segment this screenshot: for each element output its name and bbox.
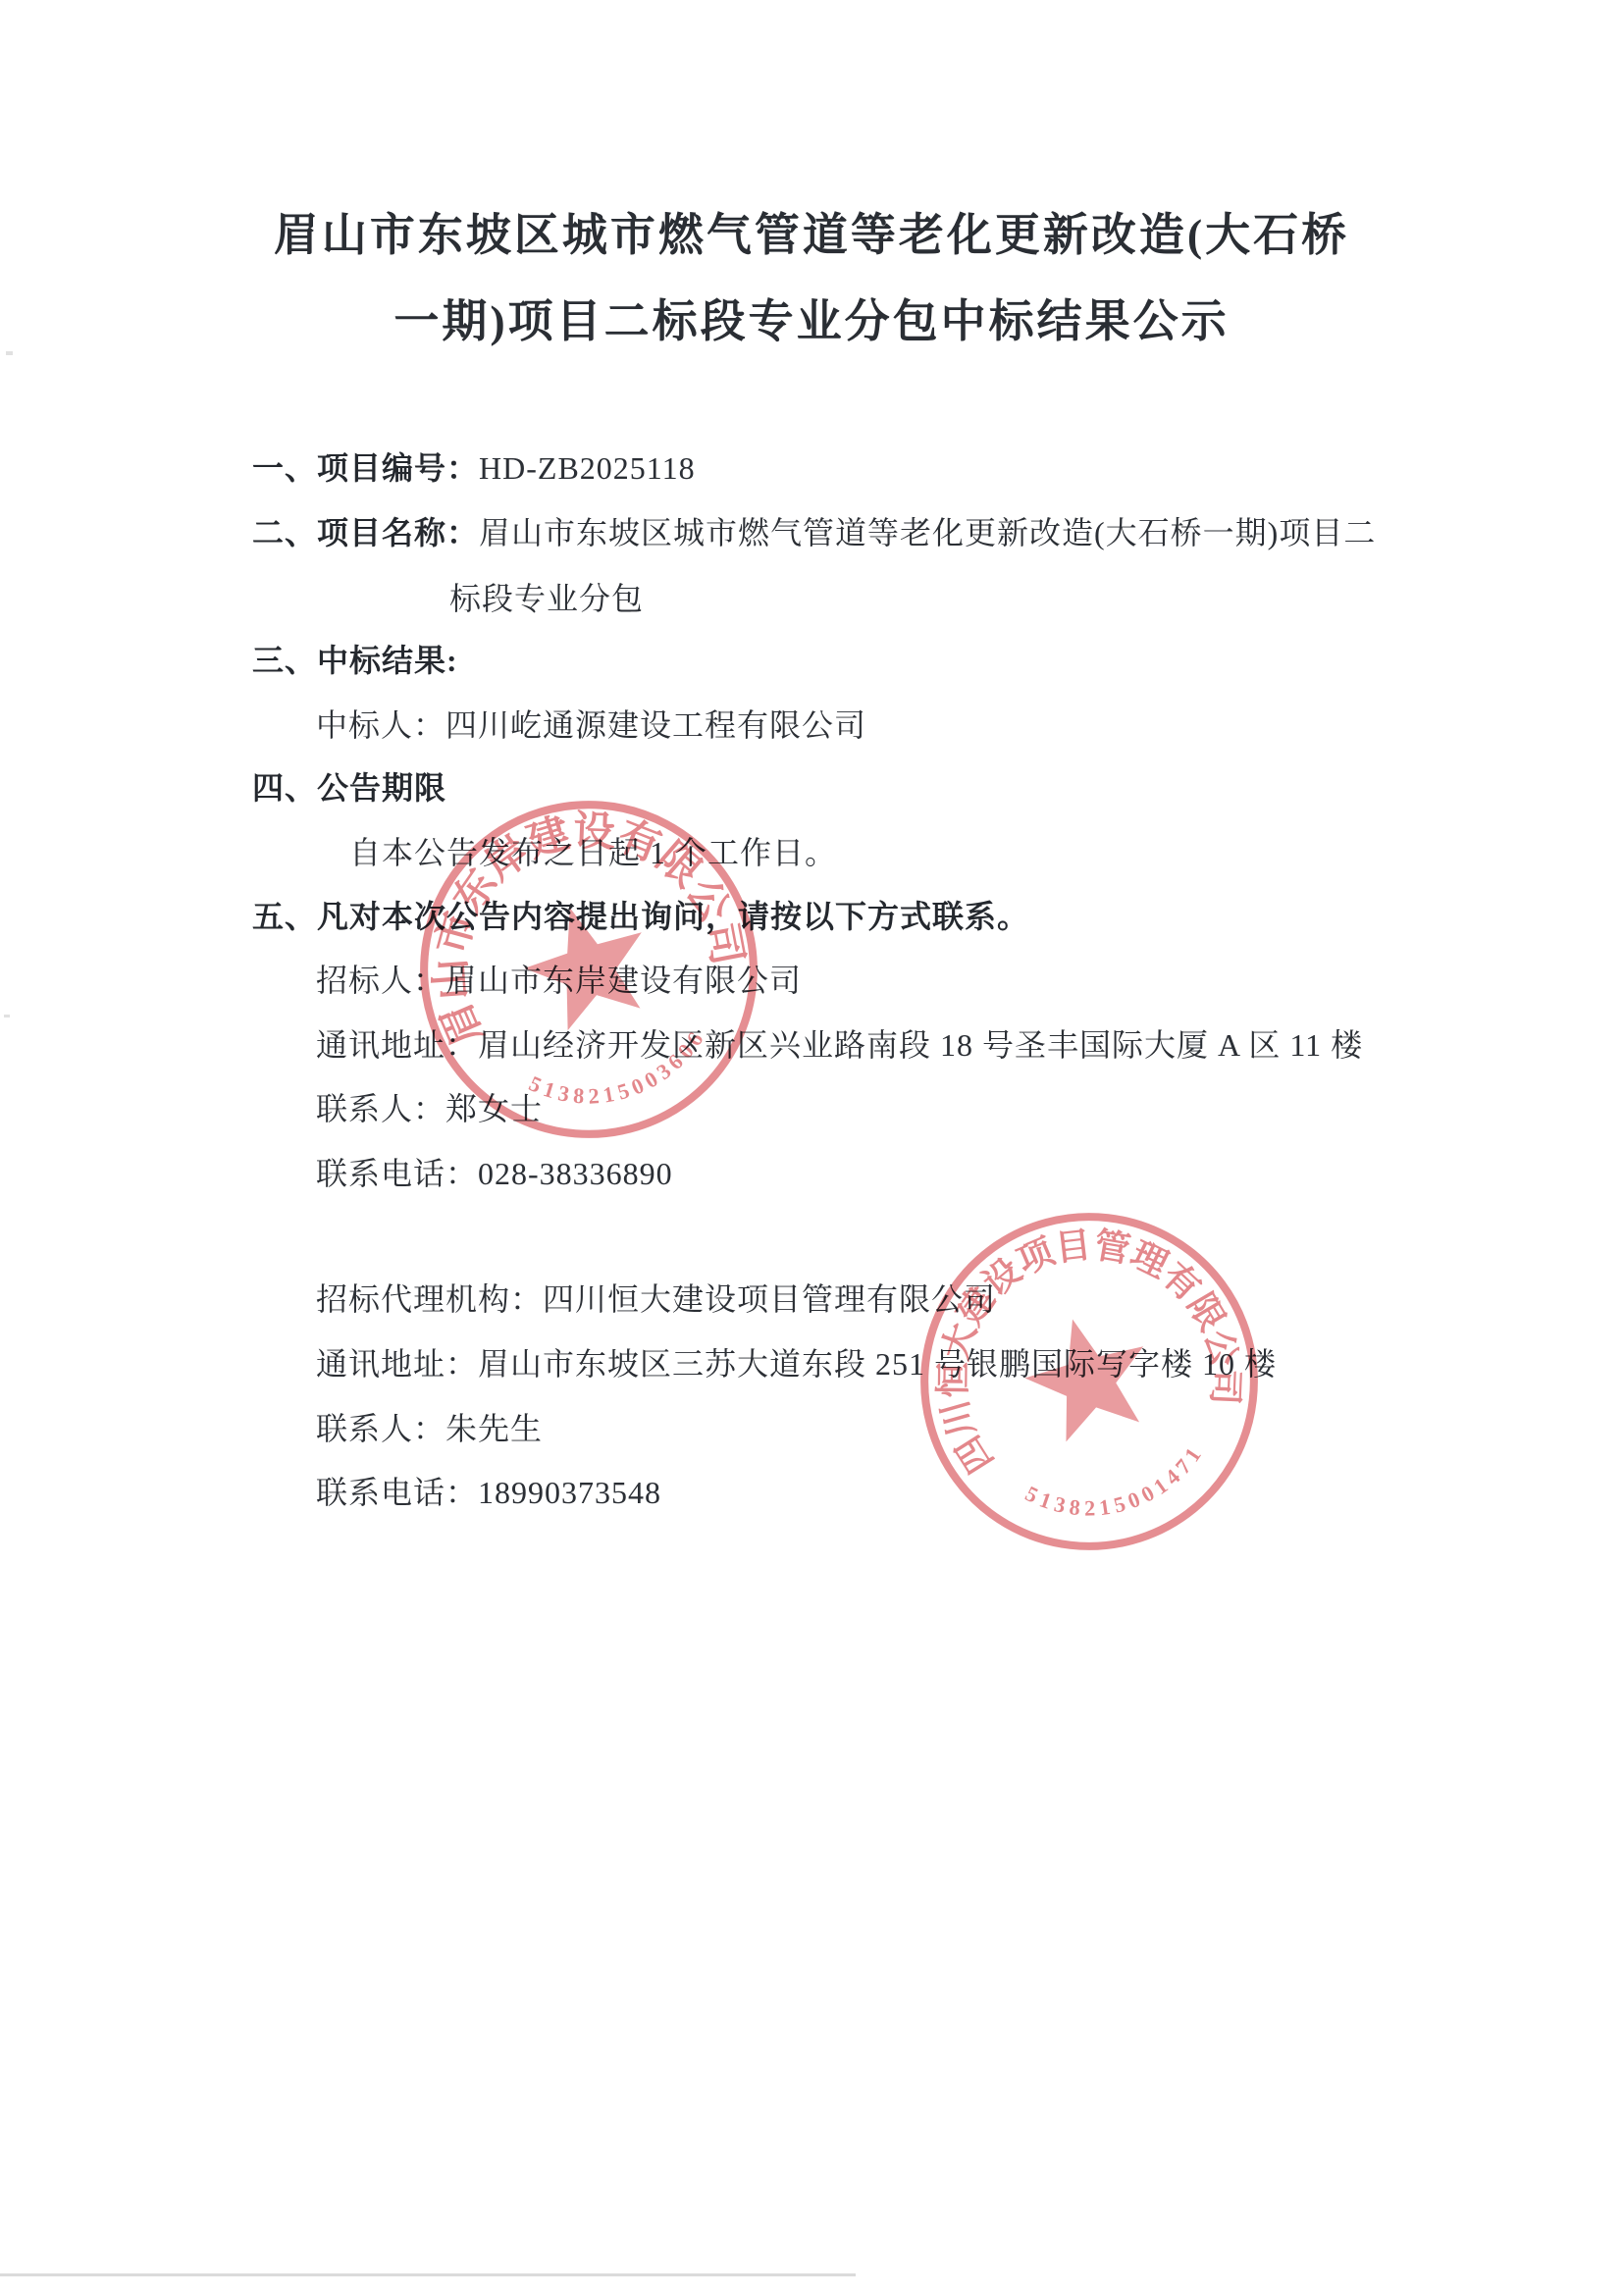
- bid-result-heading-label: 三、中标结果:: [252, 643, 458, 678]
- scan-artifact: [6, 351, 13, 355]
- seal-number-arc-text: 5138215001471: [1017, 1435, 1219, 1540]
- document-title-line1: 眉山市东坡区城市燃气管道等老化更新改造(大石桥: [0, 192, 1623, 279]
- document-title: 眉山市东坡区城市燃气管道等老化更新改造(大石桥 一期)项目二标段专业分包中标结果…: [0, 192, 1623, 365]
- project-name-value-cont: 标段专业分包: [449, 581, 644, 616]
- agency-seal-stamp: 四川恒大建设项目管理有限公司 5138215001471: [870, 1163, 1308, 1600]
- agency-phone-value: 联系电话：18990373548: [316, 1475, 661, 1510]
- line-agency-phone: 联系电话：18990373548: [316, 1471, 661, 1514]
- period-heading-label: 四、公告期限: [252, 770, 446, 806]
- project-name-value: 眉山市东坡区城市燃气管道等老化更新改造(大石桥一期)项目二: [479, 515, 1376, 550]
- scan-artifact: [4, 1015, 10, 1018]
- line-agency-contact: 联系人：朱先生: [316, 1407, 543, 1450]
- seal-number-arc-text: 5138215003606: [520, 1018, 722, 1130]
- line-period-heading: 四、公告期限: [252, 766, 446, 809]
- seal-star-icon: [511, 890, 662, 1037]
- seal-star-icon: [1014, 1303, 1162, 1447]
- line-winner: 中标人：四川屹通源建设工程有限公司: [316, 704, 866, 747]
- document-page: 眉山市东坡区城市燃气管道等老化更新改造(大石桥 一期)项目二标段专业分包中标结果…: [0, 0, 1623, 2296]
- project-name-label: 二、项目名称：: [252, 515, 479, 550]
- line-bid-result-heading: 三、中标结果:: [252, 639, 458, 682]
- project-number-value: HD-ZB2025118: [479, 450, 696, 486]
- scan-edge-line: [0, 2273, 856, 2276]
- document-title-line2: 一期)项目二标段专业分包中标结果公示: [0, 279, 1623, 365]
- winner-value: 中标人：四川屹通源建设工程有限公司: [316, 707, 866, 743]
- line-project-name-cont: 标段专业分包: [449, 577, 644, 620]
- line-project-number: 一、项目编号：HD-ZB2025118: [252, 446, 696, 490]
- agency-contact-value: 联系人：朱先生: [316, 1411, 543, 1446]
- project-number-label: 一、项目编号：: [252, 450, 479, 486]
- line-project-name: 二、项目名称：眉山市东坡区城市燃气管道等老化更新改造(大石桥一期)项目二: [252, 511, 1376, 554]
